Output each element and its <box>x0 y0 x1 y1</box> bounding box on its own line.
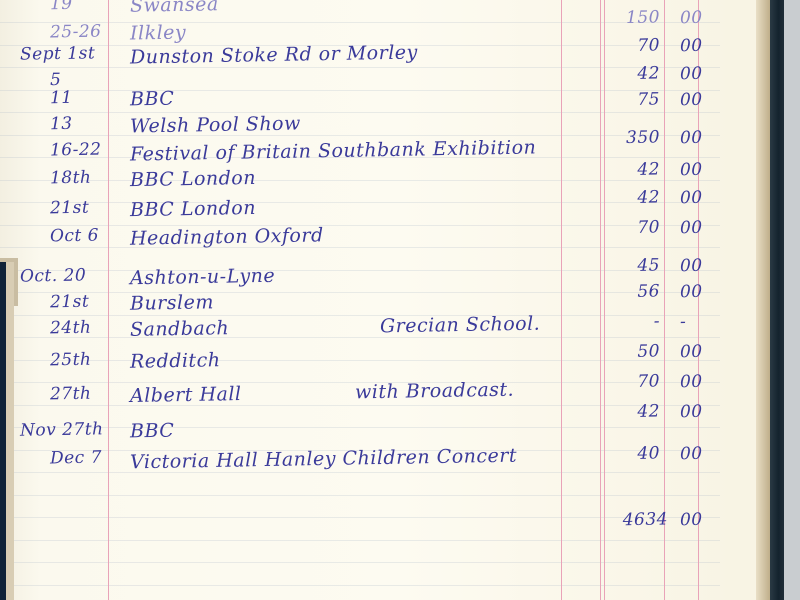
entry-description: BBC London <box>130 167 256 191</box>
entry-amount: 40 <box>596 443 660 464</box>
entry-description: Redditch <box>130 349 221 373</box>
entry-pence: 00 <box>680 282 703 302</box>
entry-note: with Broadcast. <box>355 379 514 404</box>
entry-amount: 150 <box>596 7 660 28</box>
entry-date: Sept 1st <box>20 43 96 64</box>
entry-pence: - <box>680 312 687 332</box>
date-column-rule <box>108 0 109 600</box>
entry-pence: 00 <box>680 188 703 208</box>
total-amount: 4634 <box>600 509 668 530</box>
entry-amount: 42 <box>596 159 660 180</box>
entry-date: 24th <box>50 318 92 339</box>
entry-pence: 00 <box>680 218 703 238</box>
entry-description: Ashton-u-Lyne <box>130 265 275 290</box>
entry-amount: 56 <box>596 281 660 302</box>
entry-pence: 00 <box>680 372 703 392</box>
entry-description: Headington Oxford <box>130 224 324 249</box>
entry-description: Albert Hall <box>130 383 242 407</box>
entry-description: Burslem <box>130 291 214 314</box>
entry-note: Grecian School. <box>380 313 541 338</box>
entry-date: Oct 6 <box>50 226 99 247</box>
background-surface <box>784 0 800 600</box>
entry-amount: 70 <box>596 35 660 56</box>
entry-date: 25th <box>50 350 92 371</box>
entry-amount: 45 <box>596 255 660 276</box>
entry-description: Swansea <box>130 0 219 17</box>
entry-description: Victoria Hall Hanley Children Concert <box>130 445 517 474</box>
entry-pence: 00 <box>680 160 703 180</box>
entry-date: 27th <box>50 384 92 405</box>
entry-description: Sandbach <box>130 317 229 341</box>
entry-description: Dunston Stoke Rd or Morley <box>130 41 418 68</box>
entry-amount: 350 <box>596 127 660 148</box>
book-cover-edge-left <box>0 262 14 600</box>
entry-date: Dec 7 <box>50 448 102 469</box>
entry-pence: 00 <box>680 444 703 464</box>
entry-pence: 00 <box>680 402 703 422</box>
entry-amount: - <box>596 311 660 332</box>
entry-amount: 70 <box>596 217 660 238</box>
entry-date: 19 <box>50 0 73 14</box>
entry-description: Welsh Pool Show <box>130 113 301 138</box>
entry-amount: 70 <box>596 371 660 392</box>
entry-date: 11 <box>50 88 73 108</box>
entry-pence: 00 <box>680 36 703 56</box>
description-column-rule <box>561 0 562 600</box>
entry-description: Ilkley <box>130 22 187 45</box>
entry-date: 18th <box>50 168 92 189</box>
entry-amount: 42 <box>596 401 660 422</box>
entry-pence: 00 <box>680 128 703 148</box>
entry-pence: 00 <box>680 256 703 276</box>
entry-date: 21st <box>50 292 90 313</box>
entry-amount: 42 <box>596 63 660 84</box>
total-pence: 00 <box>680 510 703 530</box>
entry-description: BBC London <box>130 197 256 221</box>
book-cover-binding <box>770 0 784 600</box>
entry-amount: 42 <box>596 187 660 208</box>
ledger-page: 19Swansea25-26Ilkley15000Sept 1stDunston… <box>0 0 800 600</box>
entry-date: 21st <box>50 198 90 219</box>
page-stack-edge <box>756 0 770 600</box>
entry-pence: 00 <box>680 342 703 362</box>
entry-date: Oct. 20 <box>20 265 87 286</box>
entry-description: BBC <box>130 420 175 443</box>
entry-amount: 75 <box>596 89 660 110</box>
entry-pence: 00 <box>680 64 703 84</box>
entry-pence: 00 <box>680 90 703 110</box>
entry-amount: 50 <box>596 341 660 362</box>
entry-description: Festival of Britain Southbank Exhibition <box>130 136 537 165</box>
entry-date: Nov 27th <box>20 419 104 440</box>
entry-description: BBC <box>130 88 175 111</box>
entry-date: 25-26 <box>50 22 102 43</box>
entry-date: 16-22 <box>50 140 102 161</box>
entry-pence: 00 <box>680 8 703 28</box>
entry-date: 13 <box>50 114 73 134</box>
